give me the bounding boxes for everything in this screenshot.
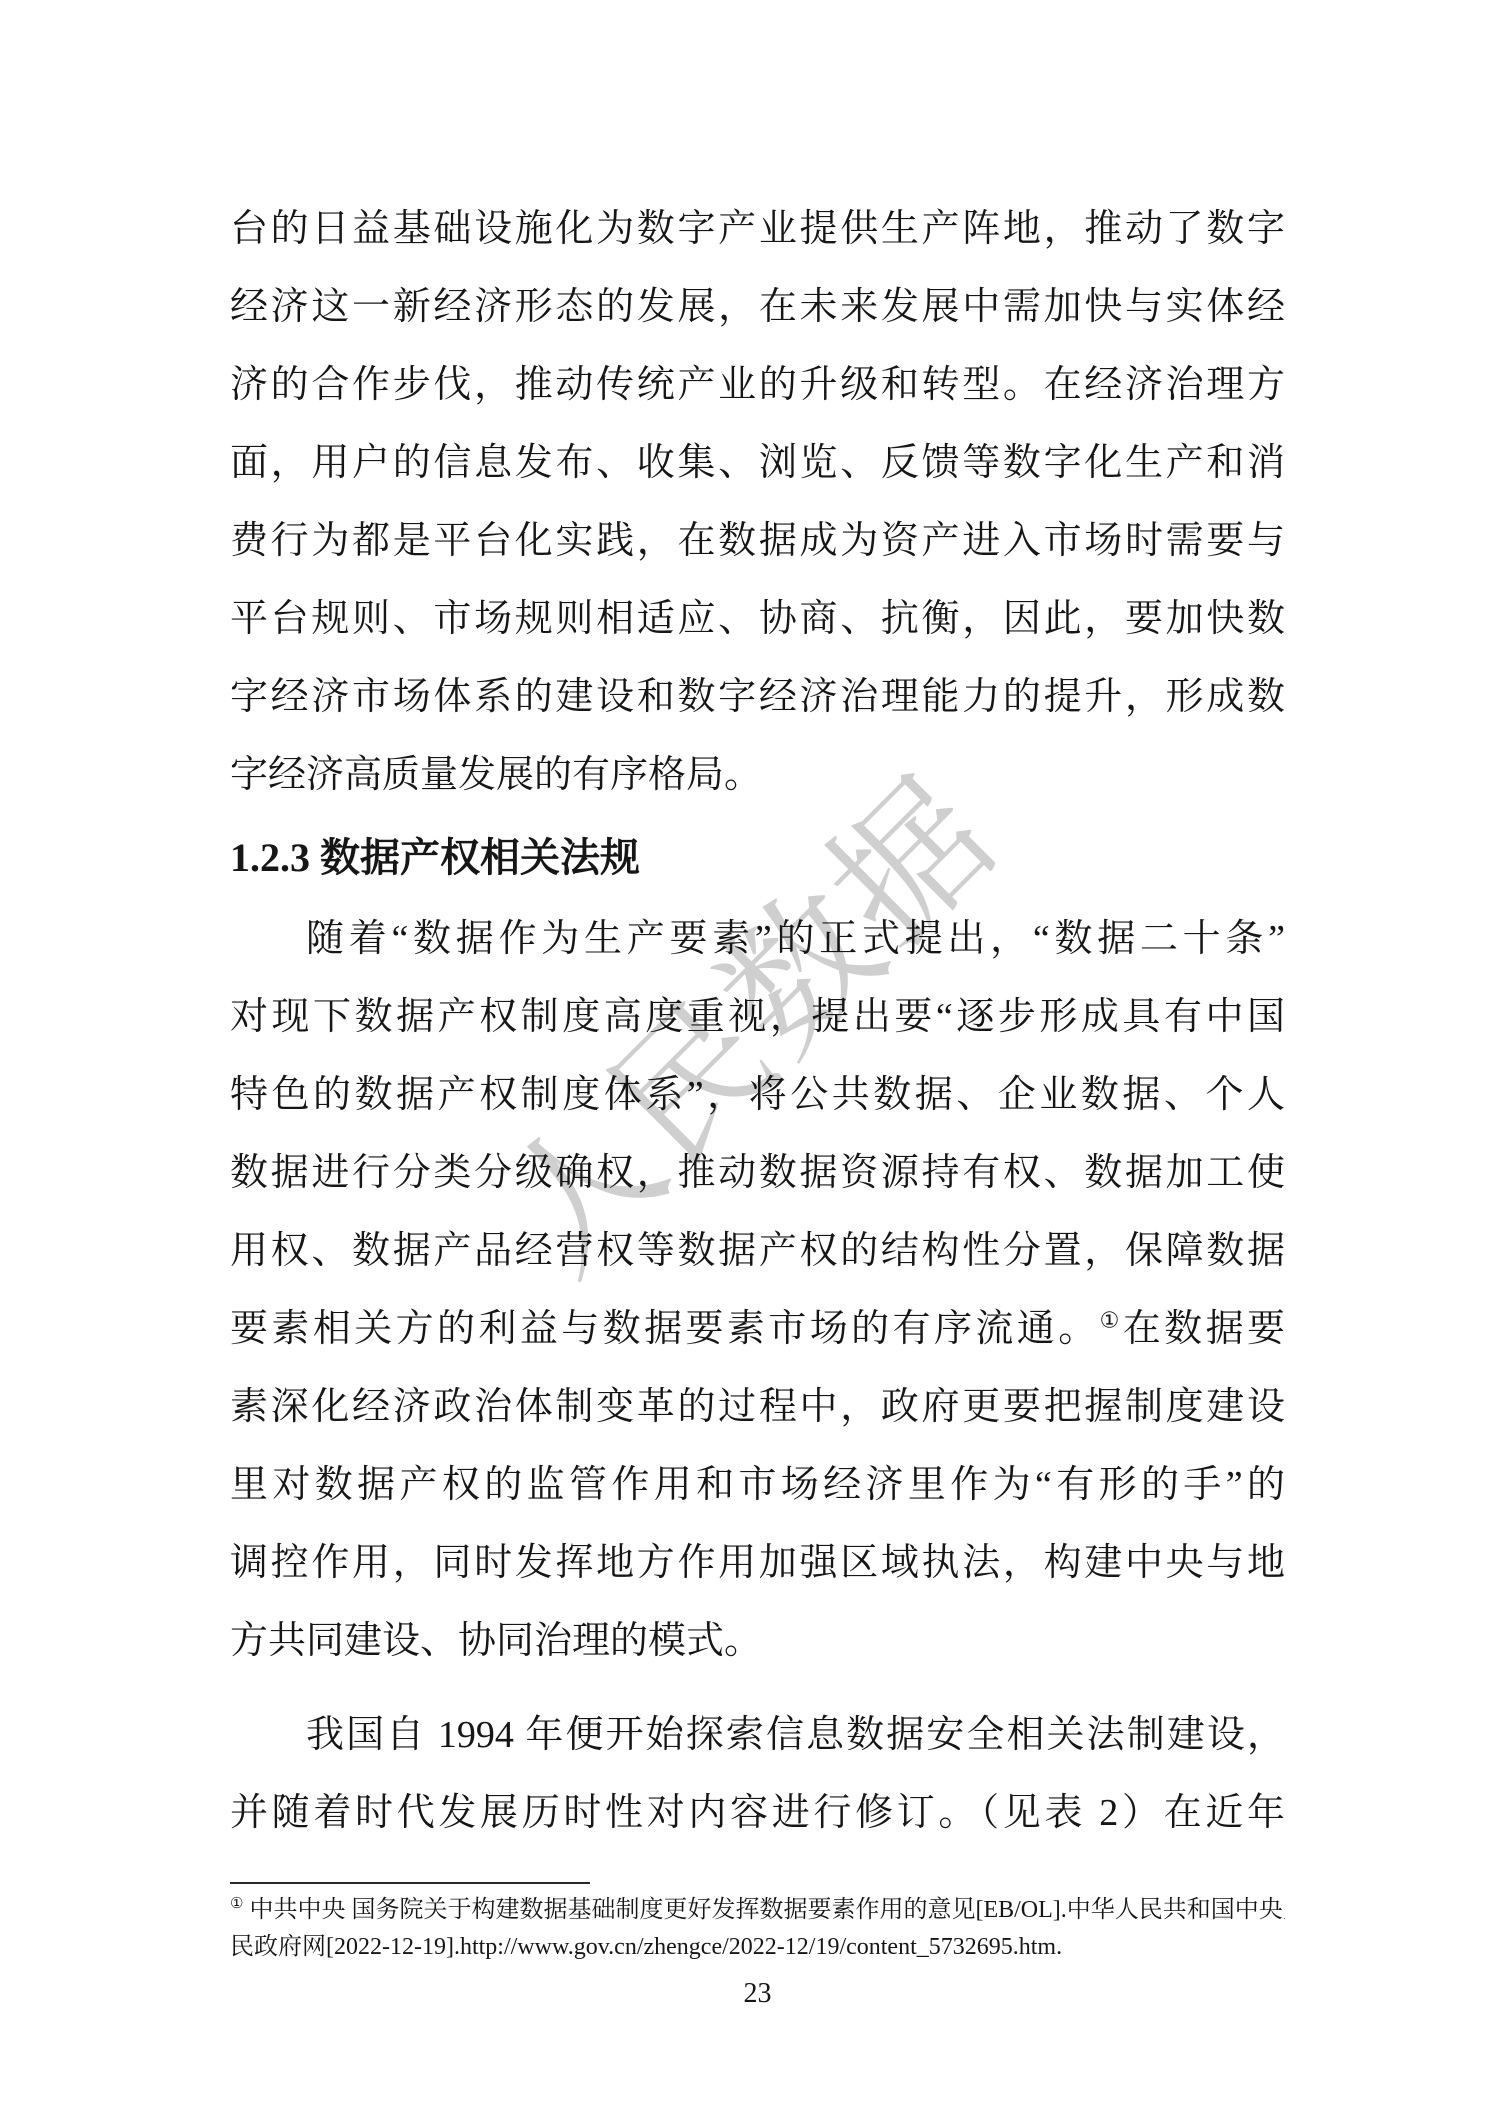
paragraph-2: 随着“数据作为生产要素”的正式提出，“数据二十条” 对现下数据产权制度高度重视，… <box>230 900 1285 1680</box>
footnote-reference: ① <box>1100 1307 1123 1332</box>
footnote-separator <box>230 1882 590 1884</box>
text-block: 台的日益基础设施化为数字产业提供生产阵地，推动了数字 经济这一新经济形态的发展，… <box>230 190 1285 2014</box>
footnote-text: 中共中央 国务院关于构建数据基础制度更好发挥数据要素作用的意见[EB/OL].中… <box>249 1897 1285 1923</box>
body-line: 并随着时代发展历时性对内容进行修订。（见表 2）在近年 <box>230 1774 1285 1852</box>
document-page: 人民数据 台的日益基础设施化为数字产业提供生产阵地，推动了数字 经济这一新经济形… <box>0 0 1500 2121</box>
body-line: 经济这一新经济形态的发展，在未来发展中需加快与实体经 <box>230 268 1285 346</box>
footnote: ①中共中央 国务院关于构建数据基础制度更好发挥数据要素作用的意见[EB/OL].… <box>230 1892 1285 1966</box>
body-line: 费行为都是平台化实践，在数据成为资产进入市场时需要与 <box>230 502 1285 580</box>
body-line: 随着“数据作为生产要素”的正式提出，“数据二十条” <box>230 900 1285 978</box>
body-line: 面，用户的信息发布、收集、浏览、反馈等数字化生产和消 <box>230 424 1285 502</box>
body-line: 方共同建设、协同治理的模式。 <box>230 1602 1285 1680</box>
footnote-marker: ① <box>230 1896 243 1912</box>
body-line: 我国自 1994 年便开始探索信息数据安全相关法制建设， <box>230 1696 1285 1774</box>
body-line: 用权、数据产品经营权等数据产权的结构性分置，保障数据 <box>230 1212 1285 1290</box>
body-line: 字经济市场体系的建设和数字经济治理能力的提升，形成数 <box>230 658 1285 736</box>
footnote-line: 民政府网[2022-12-19].http://www.gov.cn/zheng… <box>230 1929 1285 1966</box>
footnote-line: ①中共中央 国务院关于构建数据基础制度更好发挥数据要素作用的意见[EB/OL].… <box>230 1892 1285 1929</box>
body-line: 特色的数据产权制度体系”，将公共数据、企业数据、个人 <box>230 1056 1285 1134</box>
body-line: 数据进行分类分级确权，推动数据资源持有权、数据加工使 <box>230 1134 1285 1212</box>
body-text: 要素相关方的利益与数据要素市场的有序流通。 <box>230 1308 1100 1350</box>
paragraph-3: 我国自 1994 年便开始探索信息数据安全相关法制建设， 并随着时代发展历时性对… <box>230 1696 1285 1852</box>
paragraph-1: 台的日益基础设施化为数字产业提供生产阵地，推动了数字 经济这一新经济形态的发展，… <box>230 190 1285 814</box>
body-line-with-footnote-ref: 要素相关方的利益与数据要素市场的有序流通。①在数据要 <box>230 1290 1285 1368</box>
body-line: 素深化经济政治体制变革的过程中，政府更要把握制度建设 <box>230 1368 1285 1446</box>
body-line: 台的日益基础设施化为数字产业提供生产阵地，推动了数字 <box>230 190 1285 268</box>
body-text: 在数据要 <box>1123 1308 1285 1350</box>
body-line: 平台规则、市场规则相适应、协商、抗衡，因此，要加快数 <box>230 580 1285 658</box>
body-line: 字经济高质量发展的有序格局。 <box>230 736 1285 814</box>
body-line: 对现下数据产权制度高度重视，提出要“逐步形成具有中国 <box>230 978 1285 1056</box>
body-line: 济的合作步伐，推动传统产业的升级和转型。在经济治理方 <box>230 346 1285 424</box>
section-heading: 1.2.3 数据产权相关法规 <box>230 816 1285 900</box>
body-line: 里对数据产权的监管作用和市场经济里作为“有形的手”的 <box>230 1446 1285 1524</box>
page-number: 23 <box>230 1974 1285 2014</box>
body-line: 调控作用，同时发挥地方作用加强区域执法，构建中央与地 <box>230 1524 1285 1602</box>
